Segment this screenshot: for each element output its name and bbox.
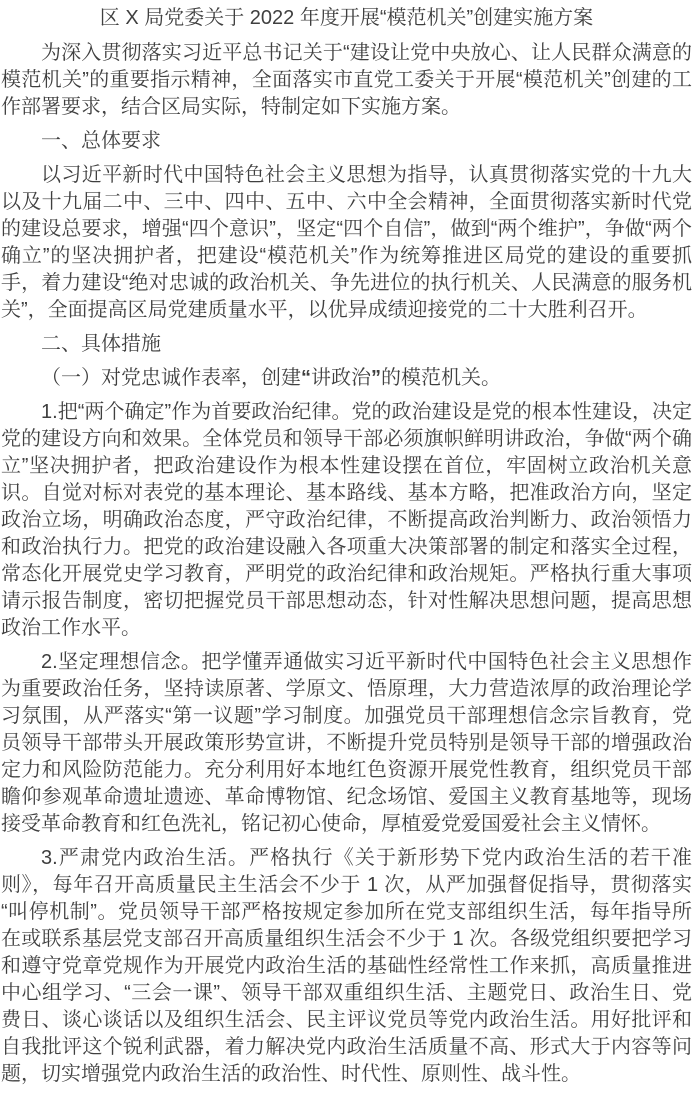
section-1-body: 以习近平新时代中国特色社会主义思想为指导，认真贯彻落实党的十九大以及十九届二中、… [1, 162, 692, 324]
measure-3-paragraph: 3.严肃党内政治生活。严格执行《关于新形势下党内政治生活的若干准则》，每年召开高… [1, 845, 692, 1088]
sub-heading-suffix: 的模范机关。 [381, 367, 501, 389]
section-2-sub-heading-1: （一）对党忠诚作表率，创建“讲政治”的模范机关。 [1, 365, 692, 392]
section-2-heading: 二、具体措施 [1, 331, 692, 358]
document-title: 区 X 局党委关于 2022 年度开展“模范机关”创建实施方案 [1, 5, 692, 32]
sub-heading-prefix: （一）对党忠诚作表率，创建 [41, 367, 301, 389]
sub-heading-open-quote: “ [301, 367, 311, 389]
measure-2-paragraph: 2.坚定理想信念。把学懂弄通做实习近平新时代中国特色社会主义思想作为重要政治任务… [1, 649, 692, 838]
sub-heading-close-quote: ” [371, 367, 381, 389]
document-page: 区 X 局党委关于 2022 年度开展“模范机关”创建实施方案 为深入贯彻落实习… [0, 0, 693, 1097]
measure-1-paragraph: 1.把“两个确定”作为首要政治纪律。党的政治建设是党的根本性建设，决定党的建设方… [1, 399, 692, 642]
sub-heading-emphasis: 讲政治 [311, 367, 371, 389]
section-1-heading: 一、总体要求 [1, 128, 692, 155]
intro-paragraph: 为深入贯彻落实习近平总书记关于“建设让党中央放心、让人民群众满意的模范机关”的重… [1, 40, 692, 121]
